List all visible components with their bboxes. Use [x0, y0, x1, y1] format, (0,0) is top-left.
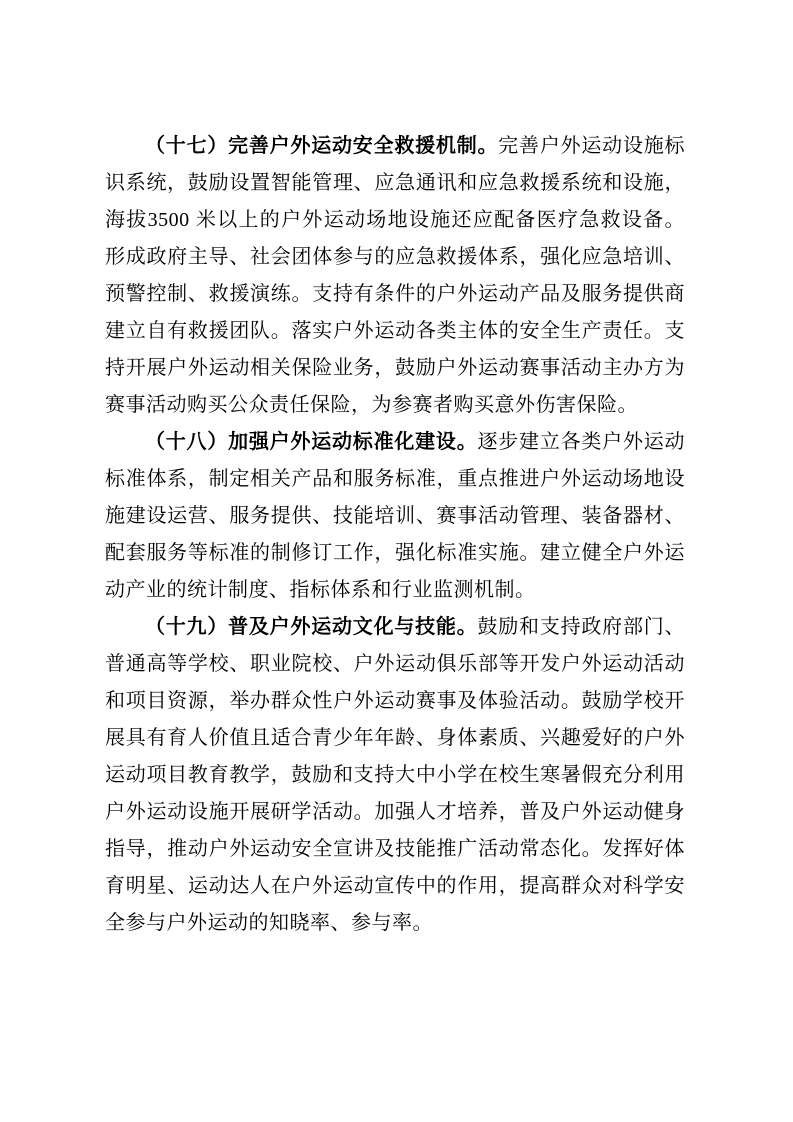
document-text-block: （十七）完善户外运动安全救援机制。完善户外运动设施标识系统，鼓励设置智能管理、应…: [105, 128, 685, 942]
document-page: （十七）完善户外运动安全救援机制。完善户外运动设施标识系统，鼓励设置智能管理、应…: [0, 0, 793, 1122]
paragraph-18-heading: （十八）加强户外运动标准化建设。: [145, 431, 477, 453]
paragraph-19-body: 鼓励和支持政府部门、普通高等学校、职业院校、户外运动俱乐部等开发户外运动活动和项…: [105, 616, 685, 934]
paragraph-17: （十七）完善户外运动安全救援机制。完善户外运动设施标识系统，鼓励设置智能管理、应…: [105, 128, 685, 424]
paragraph-18-body: 逐步建立各类户外运动标准体系，制定相关产品和服务标准，重点推进户外运动场地设施建…: [105, 431, 685, 601]
paragraph-17-heading: （十七）完善户外运动安全救援机制。: [145, 135, 498, 157]
paragraph-18: （十八）加强户外运动标准化建设。逐步建立各类户外运动标准体系，制定相关产品和服务…: [105, 424, 685, 609]
paragraph-19: （十九）普及户外运动文化与技能。鼓励和支持政府部门、普通高等学校、职业院校、户外…: [105, 609, 685, 942]
paragraph-19-heading: （十九）普及户外运动文化与技能。: [145, 616, 477, 638]
paragraph-17-body: 完善户外运动设施标识系统，鼓励设置智能管理、应急通讯和应急救援系统和设施，海拔3…: [105, 135, 685, 416]
